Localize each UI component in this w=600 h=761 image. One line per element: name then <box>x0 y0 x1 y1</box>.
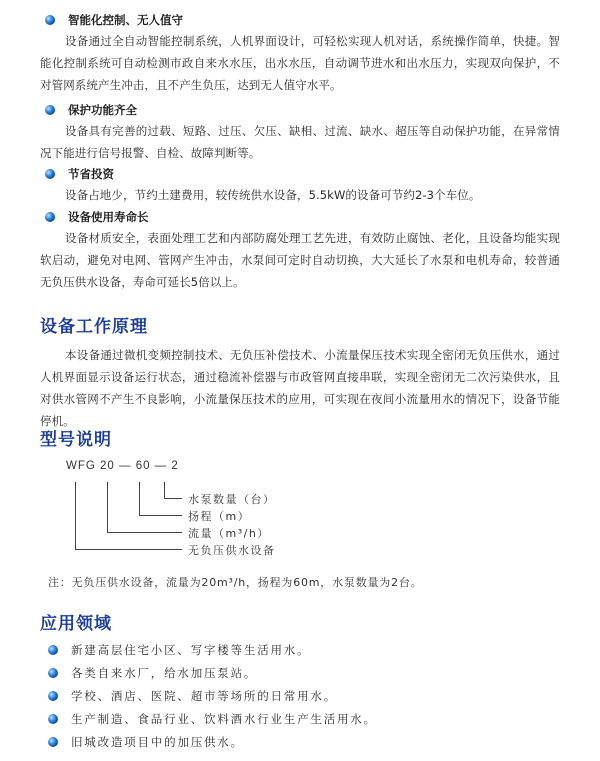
blue-sphere-bullet-icon <box>48 714 58 724</box>
feature-title-row: 保护功能齐全 <box>40 100 560 120</box>
label-flow: 流量（m³/h） <box>188 525 270 541</box>
feature-title-row: 设备使用寿命长 <box>40 207 560 227</box>
section-heading-model: 型号说明 <box>40 425 112 450</box>
feature-intelligent-control: 智能化控制、无人值守 设备通过全自动智能控制系统，人机界面设计，可轻松实现人机对… <box>40 10 560 96</box>
blue-sphere-bullet-icon <box>45 105 55 115</box>
feature-title-row: 节省投资 <box>40 164 560 184</box>
application-text: 学校、酒店、医院、超市等场所的日常用水。 <box>71 688 337 704</box>
section-heading-principle: 设备工作原理 <box>40 312 148 337</box>
applications-list: 新建高层住宅小区、写字楼等生活用水。 各类自来水厂，给水加压泵站。 学校、酒店、… <box>48 638 377 753</box>
list-item: 生产制造、食品行业、饮料酒水行业生产生活用水。 <box>48 707 377 730</box>
model-code: WFG 20 — 60 — 2 <box>66 460 179 472</box>
label-equipment-type: 无负压供水设备 <box>188 542 276 558</box>
connector-line <box>107 532 182 533</box>
feature-title-row: 智能化控制、无人值守 <box>40 10 560 30</box>
feature-body: 设备材质安全，表面处理工艺和内部防腐处理工艺先进，有效防止腐蚀、老化，且设备均能… <box>40 227 560 293</box>
feature-save-investment: 节省投资 设备占地少，节约土建费用，较传统供水设备，5.5kW的设备可节约2-3… <box>40 164 560 206</box>
model-note: 注：无负压供水设备，流量为20m³/h，扬程为60m，水泵数量为2台。 <box>48 574 423 590</box>
connector-line <box>164 498 182 499</box>
section-heading-applications: 应用领域 <box>40 609 112 634</box>
blue-sphere-bullet-icon <box>45 169 55 179</box>
label-head: 扬程（m） <box>188 508 250 524</box>
feature-long-life: 设备使用寿命长 设备材质安全，表面处理工艺和内部防腐处理工艺先进，有效防止腐蚀、… <box>40 207 560 293</box>
blue-sphere-bullet-icon <box>48 737 58 747</box>
blue-sphere-bullet-icon <box>45 15 55 25</box>
blue-sphere-bullet-icon <box>45 212 55 222</box>
model-code-diagram: WFG 20 — 60 — 2 水泵数量（台） 扬程（m） 流量（m³/h） 无… <box>66 460 366 560</box>
connector-line <box>164 482 165 498</box>
list-item: 新建高层住宅小区、写字楼等生活用水。 <box>48 638 377 661</box>
principle-section: 本设备通过微机变频控制技术、无负压补偿技术、小流量保压技术实现全密闭无负压供水，… <box>40 344 560 432</box>
feature-title: 保护功能齐全 <box>68 102 137 118</box>
connector-line <box>139 482 140 515</box>
blue-sphere-bullet-icon <box>48 691 58 701</box>
feature-title: 节省投资 <box>68 166 114 182</box>
feature-title: 设备使用寿命长 <box>68 209 149 225</box>
feature-body: 设备占地少，节约土建费用，较传统供水设备，5.5kW的设备可节约2-3个车位。 <box>40 184 560 206</box>
connector-line <box>75 549 182 550</box>
application-text: 生产制造、食品行业、饮料酒水行业生产生活用水。 <box>71 711 377 727</box>
list-item: 学校、酒店、医院、超市等场所的日常用水。 <box>48 684 377 707</box>
feature-title: 智能化控制、无人值守 <box>68 12 183 28</box>
label-pump-count: 水泵数量（台） <box>188 491 276 507</box>
feature-body: 设备具有完善的过载、短路、过压、欠压、缺相、过流、缺水、超压等自动保护功能，在异… <box>40 120 560 164</box>
blue-sphere-bullet-icon <box>48 645 58 655</box>
connector-line <box>75 482 76 549</box>
application-text: 旧城改造项目中的加压供水。 <box>71 734 244 750</box>
application-text: 新建高层住宅小区、写字楼等生活用水。 <box>71 642 310 658</box>
connector-line <box>139 515 182 516</box>
feature-body: 设备通过全自动智能控制系统，人机界面设计，可轻松实现人机对话，系统操作简单，快捷… <box>40 30 560 96</box>
feature-protection: 保护功能齐全 设备具有完善的过载、短路、过压、欠压、缺相、过流、缺水、超压等自动… <box>40 100 560 164</box>
application-text: 各类自来水厂，给水加压泵站。 <box>71 665 257 681</box>
blue-sphere-bullet-icon <box>48 668 58 678</box>
principle-body: 本设备通过微机变频控制技术、无负压补偿技术、小流量保压技术实现全密闭无负压供水，… <box>40 344 560 432</box>
list-item: 旧城改造项目中的加压供水。 <box>48 730 377 753</box>
connector-line <box>107 482 108 532</box>
list-item: 各类自来水厂，给水加压泵站。 <box>48 661 377 684</box>
